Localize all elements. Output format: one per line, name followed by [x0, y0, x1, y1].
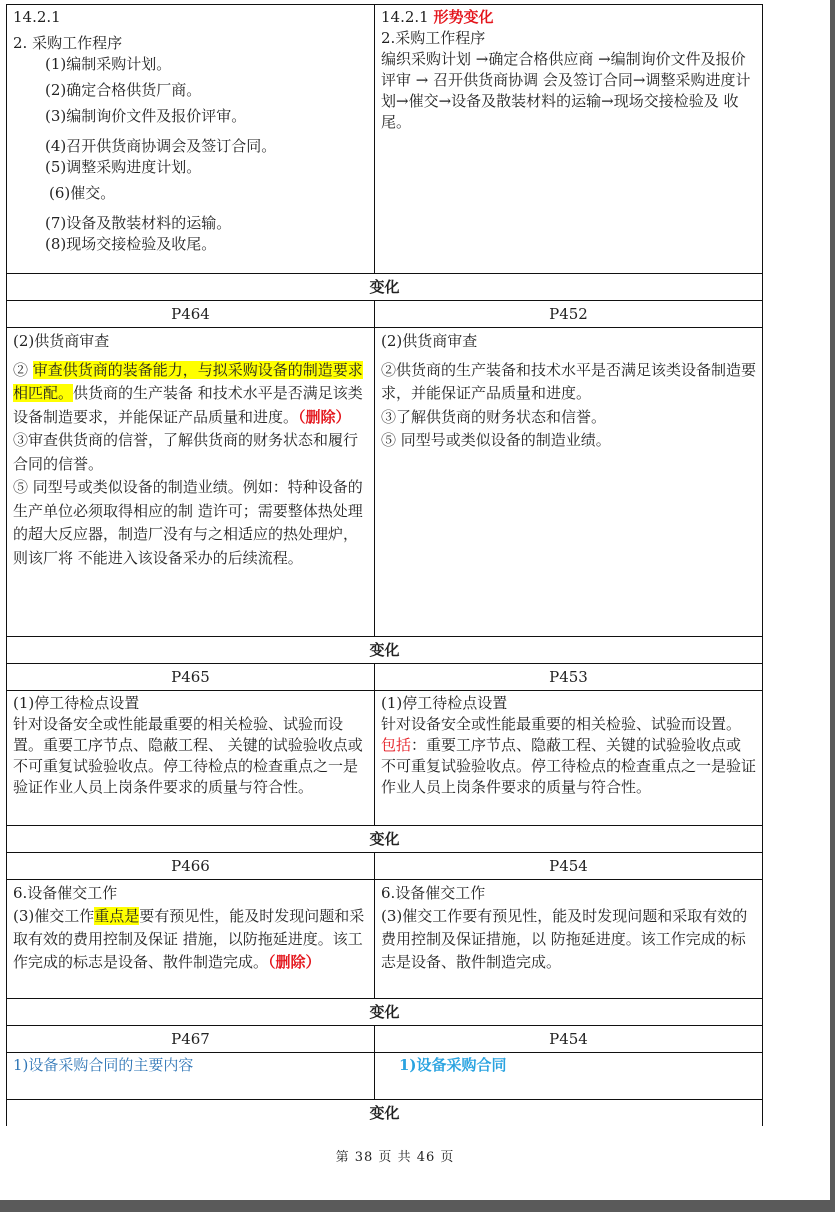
- deleted-tag: （删除）: [298, 408, 351, 426]
- table-row: 1)设备采购合同的主要内容 1)设备采购合同: [7, 1053, 763, 1100]
- section-body: 编织采购计划 →确定合格供应商 →编制询价文件及报价评审 → 召开供货商协调 会…: [381, 49, 756, 133]
- section-title: 2.采购工作程序: [381, 28, 756, 49]
- change-label: 变化: [7, 274, 763, 301]
- comparison-table: 14.2.1 2. 采购工作程序 (1)编制采购计划。 (2)确定合格供货厂商。…: [6, 4, 763, 1126]
- table-row: 14.2.1 2. 采购工作程序 (1)编制采购计划。 (2)确定合格供货厂商。…: [7, 5, 763, 274]
- new-page-ref: P454: [375, 1026, 763, 1053]
- section-title: (1)停工待检点设置: [13, 693, 368, 714]
- old-page-ref: P465: [7, 664, 375, 691]
- deleted-tag: （删除）: [268, 953, 321, 971]
- change-label: 变化: [7, 826, 763, 853]
- old-content-cell: 6.设备催交工作 (3)催交工作重点是要有预见性，能及时发现问题和采取有效的费用…: [7, 880, 375, 999]
- table-row: 6.设备催交工作 (3)催交工作重点是要有预见性，能及时发现问题和采取有效的费用…: [7, 880, 763, 999]
- section-title: (1)停工待检点设置: [381, 693, 756, 714]
- document-page: 14.2.1 2. 采购工作程序 (1)编制采购计划。 (2)确定合格供货厂商。…: [0, 0, 830, 1200]
- paragraph: (3)催交工作要有预见性，能及时发现问题和采取有效的费用控制及保证措施，以 防拖…: [381, 905, 756, 974]
- list-item: (1)编制采购计划。: [13, 54, 368, 75]
- new-page-ref: P452: [375, 301, 763, 328]
- viewer-background: [830, 0, 835, 1212]
- old-content-cell: (1)停工待检点设置 针对设备安全或性能最重要的相关检验、试验而设置。重要工序节…: [7, 691, 375, 826]
- paragraph: ⑤ 同型号或类似设备的制造业绩。例如：特种设备的生产单位必须取得相应的制 造许可…: [13, 476, 368, 570]
- old-page-ref: P467: [7, 1026, 375, 1053]
- section-title: (2)供货商审查: [13, 330, 368, 354]
- section-title: 6.设备催交工作: [381, 882, 756, 905]
- new-content-cell: (2)供货商审查 ②供货商的生产装备和技术水平是否满足该类设备制造要求，并能保证…: [375, 328, 763, 637]
- change-label: 变化: [7, 1100, 763, 1127]
- page-footer: 第 38 页 共 46 页: [0, 1146, 790, 1165]
- new-content-cell: (1)停工待检点设置 针对设备安全或性能最重要的相关检验、试验而设置。包括：重要…: [375, 691, 763, 826]
- section-title: (2)供货商审查: [381, 330, 756, 354]
- change-label: 变化: [7, 999, 763, 1026]
- new-page-ref: P454: [375, 853, 763, 880]
- table-row: (2)供货商审查 ② 审查供货商的装备能力，与拟采购设备的制造要求相匹配。供货商…: [7, 328, 763, 637]
- section-title: 6.设备催交工作: [13, 882, 368, 905]
- list-item: (5)调整采购进度计划。: [13, 157, 368, 178]
- list-item: (6)催交。: [13, 183, 368, 204]
- list-item: (3)编制询价文件及报价评审。: [13, 106, 368, 127]
- old-content-cell: (2)供货商审查 ② 审查供货商的装备能力，与拟采购设备的制造要求相匹配。供货商…: [7, 328, 375, 637]
- section-heading: 14.2.1: [381, 8, 429, 26]
- new-content-cell: 1)设备采购合同: [375, 1053, 763, 1100]
- paragraph: ③审查供货商的信誉，了解供货商的财务状态和履行合同的信誉。: [13, 429, 368, 476]
- change-label: 变化: [7, 637, 763, 664]
- new-page-ref: P453: [375, 664, 763, 691]
- old-content-cell: 1)设备采购合同的主要内容: [7, 1053, 375, 1100]
- highlighted-text: 重点是: [94, 907, 139, 925]
- list-item: (8)现场交接检验及收尾。: [13, 234, 368, 255]
- section-heading: 14.2.1: [13, 7, 368, 28]
- list-item: (7)设备及散装材料的运输。: [13, 213, 368, 234]
- section-title: 2. 采购工作程序: [13, 33, 368, 54]
- paragraph: ②供货商的生产装备和技术水平是否满足该类设备制造要求，并能保证产品质量和进度。: [381, 359, 756, 406]
- new-content-cell: 6.设备催交工作 (3)催交工作要有预见性，能及时发现问题和采取有效的费用控制及…: [375, 880, 763, 999]
- section-title: 1)设备采购合同: [399, 1055, 756, 1076]
- viewer-background: [0, 1200, 835, 1212]
- list-item: (2)确定合格供货厂商。: [13, 80, 368, 101]
- old-content-cell: 14.2.1 2. 采购工作程序 (1)编制采购计划。 (2)确定合格供货厂商。…: [7, 5, 375, 274]
- old-page-ref: P466: [7, 853, 375, 880]
- change-tag: 形势变化: [434, 8, 494, 26]
- new-content-cell: 14.2.1 形势变化 2.采购工作程序 编织采购计划 →确定合格供应商 →编制…: [375, 5, 763, 274]
- list-item: (4)召开供货商协调会及签订合同。: [13, 136, 368, 157]
- paragraph: 针对设备安全或性能最重要的相关检验、试验而设置。重要工序节点、隐蔽工程、 关键的…: [13, 714, 368, 798]
- section-title: 1)设备采购合同的主要内容: [13, 1055, 368, 1076]
- paragraph: ⑤ 同型号或类似设备的制造业绩。: [381, 429, 756, 453]
- table-row: (1)停工待检点设置 针对设备安全或性能最重要的相关检验、试验而设置。重要工序节…: [7, 691, 763, 826]
- paragraph: ③了解供货商的财务状态和信誉。: [381, 406, 756, 430]
- old-page-ref: P464: [7, 301, 375, 328]
- added-tag: 包括: [381, 736, 411, 754]
